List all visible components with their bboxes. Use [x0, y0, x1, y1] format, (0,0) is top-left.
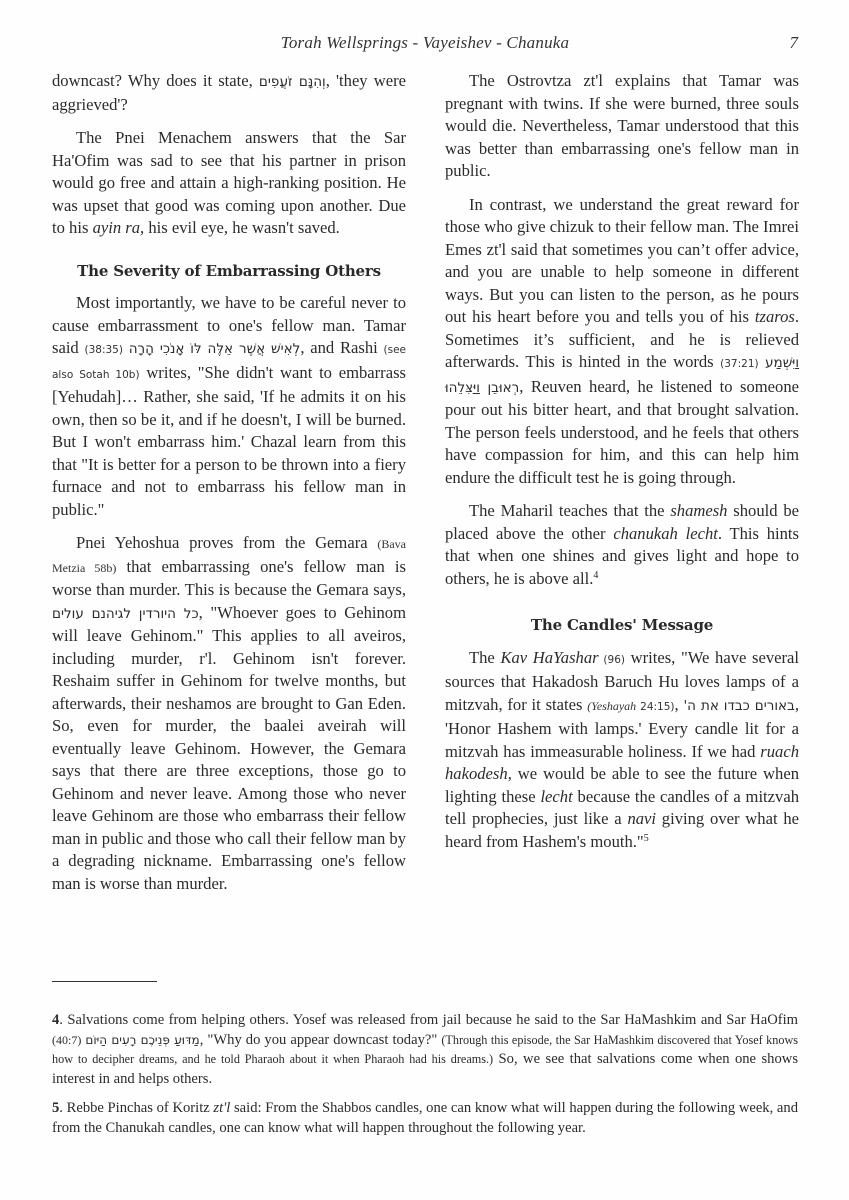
- paragraph-ostrovtza: The Ostrovtza zt'l explains that Tamar w…: [445, 70, 799, 183]
- source-citation: (Yeshayah: [587, 699, 636, 713]
- paragraph-maharil: The Maharil teaches that the shamesh sho…: [445, 500, 799, 590]
- paragraph-imrei-emes: In contrast, we understand the great rew…: [445, 194, 799, 490]
- document-page: Torah Wellsprings - Vayeishev - Chanuka …: [0, 0, 849, 1200]
- paragraph-kav-hayashar: The Kav HaYashar (96) writes, "We have s…: [445, 647, 799, 854]
- footnote-ref-5[interactable]: 5: [644, 833, 649, 844]
- hebrew-quote: מַדּוּעַ פְּנֵיכֶם רָעִים הַיּוֹם: [85, 1033, 199, 1047]
- footnote-5: 5. Rebbe Pinchas of Koritz zt'l said: Fr…: [52, 1099, 798, 1138]
- section-heading-severity: The Severity of Embarrassing Others: [52, 260, 406, 283]
- hebrew-quote: כל היורדין לגיהנם עולים: [52, 606, 199, 622]
- section-heading-candles: The Candles' Message: [445, 614, 799, 637]
- paragraph-tamar: Most importantly, we have to be careful …: [52, 292, 406, 521]
- footnote-ref-4[interactable]: 4: [593, 570, 598, 581]
- hebrew-quote: באורים כבדו את ה': [683, 698, 794, 714]
- source-citation: (38:35): [84, 344, 122, 356]
- paragraph-continued: downcast? Why does it state, וְהִנָּם זֹ…: [52, 70, 406, 116]
- source-citation: (40:7): [52, 1033, 81, 1047]
- footnotes: 4. Salvations come from helping others. …: [52, 1011, 798, 1148]
- paragraph-pnei-menachem: The Pnei Menachem answers that the Sar H…: [52, 127, 406, 240]
- right-column: The Ostrovtza zt'l explains that Tamar w…: [445, 70, 799, 864]
- footnote-divider: [52, 981, 157, 982]
- paragraph-pnei-yehoshua: Pnei Yehoshua proves from the Gemara (Ba…: [52, 532, 406, 895]
- hebrew-quote: וְהִנָּם זֹעֲפִים: [259, 74, 326, 90]
- footnote-4: 4. Salvations come from helping others. …: [52, 1011, 798, 1089]
- hebrew-quote: לְאִישׁ אֲשֶׁר אֵלֶּה לּוֹ אָנֹכִי הָרָה: [129, 341, 301, 357]
- source-citation: (37:21): [720, 358, 758, 370]
- running-title: Torah Wellsprings - Vayeishev - Chanuka: [52, 33, 798, 53]
- left-column: downcast? Why does it state, וְהִנָּם זֹ…: [52, 70, 406, 906]
- running-header: Torah Wellsprings - Vayeishev - Chanuka …: [52, 33, 798, 57]
- source-citation: (96): [599, 654, 625, 666]
- page-number: 7: [790, 33, 799, 53]
